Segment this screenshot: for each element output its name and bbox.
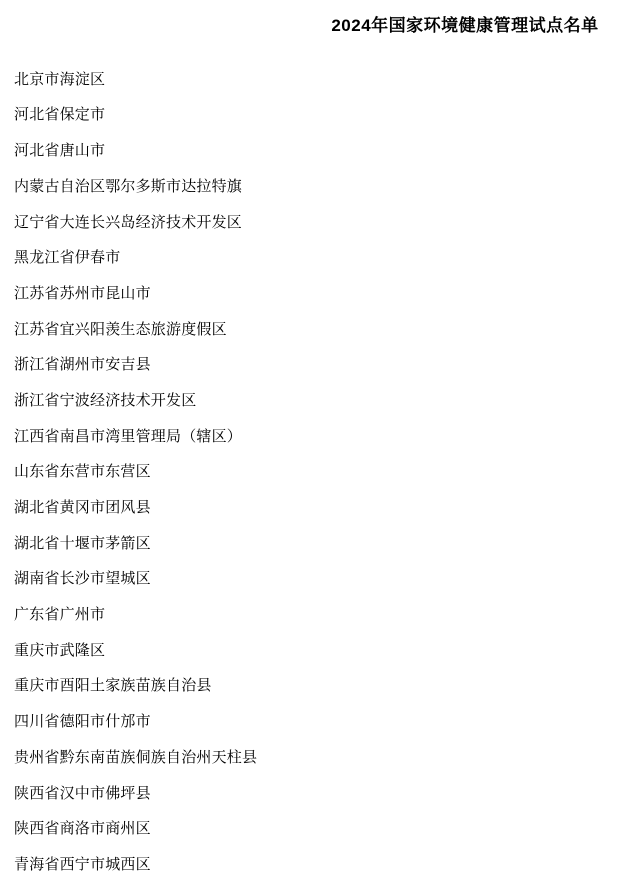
list-item: 江苏省苏州市昆山市 <box>14 276 622 312</box>
list-item: 青海省西宁市城西区 <box>14 847 622 883</box>
list-item: 四川省德阳市什邡市 <box>14 704 622 740</box>
list-item: 江西省南昌市湾里管理局（辖区） <box>14 419 622 455</box>
list-item: 广东省广州市 <box>14 597 622 633</box>
list-item: 重庆市武隆区 <box>14 633 622 669</box>
list-item: 黑龙江省伊春市 <box>14 240 622 276</box>
page-title: 2024年国家环境健康管理试点名单 <box>331 16 598 36</box>
list-item: 湖北省十堰市茅箭区 <box>14 526 622 562</box>
region-list: 北京市海淀区 河北省保定市 河北省唐山市 内蒙古自治区鄂尔多斯市达拉特旗 辽宁省… <box>0 48 622 883</box>
title-strip: 2024年国家环境健康管理试点名单 <box>0 5 622 48</box>
list-item: 江苏省宜兴阳羡生态旅游度假区 <box>14 312 622 348</box>
list-item: 浙江省湖州市安吉县 <box>14 347 622 383</box>
list-item: 陕西省汉中市佛坪县 <box>14 776 622 812</box>
list-item: 湖北省黄冈市团风县 <box>14 490 622 526</box>
list-item: 湖南省长沙市望城区 <box>14 561 622 597</box>
list-item: 内蒙古自治区鄂尔多斯市达拉特旗 <box>14 169 622 205</box>
list-item: 重庆市酉阳土家族苗族自治县 <box>14 668 622 704</box>
list-item: 河北省唐山市 <box>14 133 622 169</box>
document-page: 2024年国家环境健康管理试点名单 北京市海淀区 河北省保定市 河北省唐山市 内… <box>0 0 622 888</box>
list-item: 浙江省宁波经济技术开发区 <box>14 383 622 419</box>
list-item: 河北省保定市 <box>14 97 622 133</box>
list-item: 山东省东营市东营区 <box>14 454 622 490</box>
list-item: 辽宁省大连长兴岛经济技术开发区 <box>14 205 622 241</box>
list-item: 贵州省黔东南苗族侗族自治州天柱县 <box>14 740 622 776</box>
list-item: 北京市海淀区 <box>14 62 622 98</box>
list-item: 陕西省商洛市商州区 <box>14 811 622 847</box>
